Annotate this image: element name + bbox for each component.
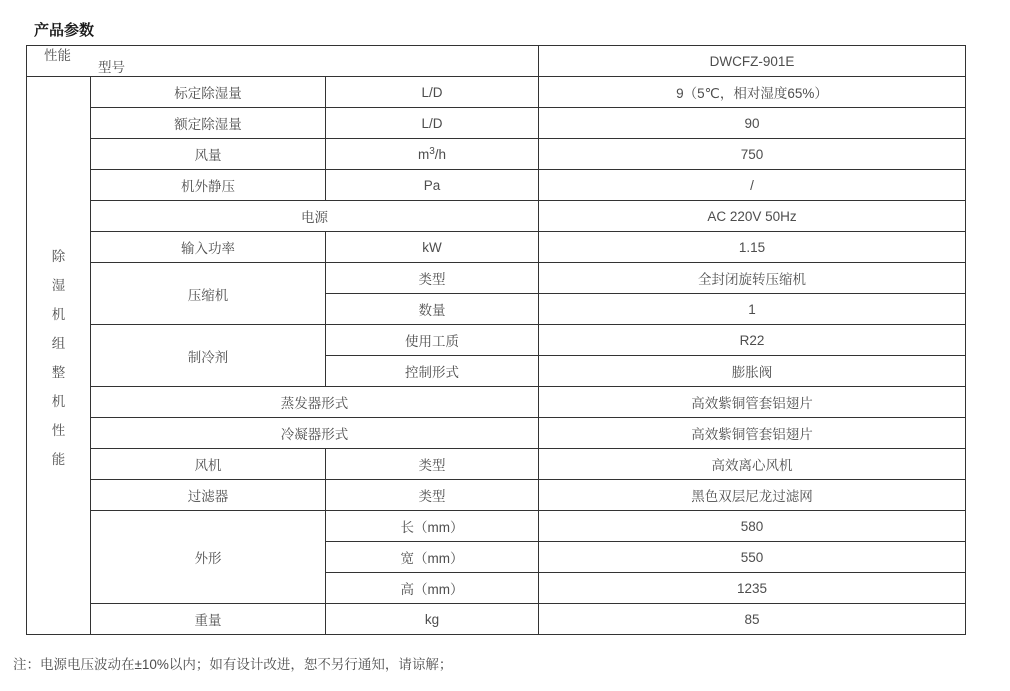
product-spec-table: 型号 性能 DWCFZ-901E 除湿机组整机性能 标定除湿量 L/D 9（5℃…	[26, 45, 966, 635]
param-label-cell: 标定除湿量	[91, 77, 326, 108]
table-row: 风量 m3/h 750	[27, 139, 966, 170]
value-cell: 580	[539, 511, 966, 542]
table-row: 额定除湿量 L/D 90	[27, 108, 966, 139]
table-row: 蒸发器形式 高效紫铜管套铝翅片	[27, 387, 966, 418]
value-cell: 高效离心风机	[539, 449, 966, 480]
unit-cell: L/D	[326, 77, 539, 108]
param-label-cell: 重量	[91, 604, 326, 635]
table-row: 外形 长（mm） 580	[27, 511, 966, 542]
unit-cell: 宽（mm）	[326, 542, 539, 573]
unit-cell: Pa	[326, 170, 539, 201]
table-row: 制冷剂 使用工质 R22	[27, 325, 966, 356]
performance-header-label: 性能	[44, 46, 71, 65]
param-label-cell: 机外静压	[91, 170, 326, 201]
unit-cell: 类型	[326, 449, 539, 480]
value-cell: 黑色双层尼龙过滤网	[539, 480, 966, 511]
unit-cell: kW	[326, 232, 539, 263]
unit-cell: 长（mm）	[326, 511, 539, 542]
param-label-cell: 风机	[91, 449, 326, 480]
unit-cell: L/D	[326, 108, 539, 139]
unit-cell: 使用工质	[326, 325, 539, 356]
value-cell: 9（5℃，相对湿度65%）	[539, 77, 966, 108]
value-cell: R22	[539, 325, 966, 356]
table-row: 过滤器 类型 黑色双层尼龙过滤网	[27, 480, 966, 511]
param-label-cell: 冷凝器形式	[91, 418, 539, 449]
value-cell: /	[539, 170, 966, 201]
unit-rest: /h	[435, 147, 446, 162]
table-row: 电源 AC 220V 50Hz	[27, 201, 966, 232]
value-cell: 750	[539, 139, 966, 170]
model-header-label: 型号	[98, 56, 125, 76]
value-cell: 膨胀阀	[539, 356, 966, 387]
group-label-cell: 制冷剂	[91, 325, 326, 387]
sidebar-vertical-label: 除湿机组整机性能	[52, 238, 66, 474]
value-cell: 1.15	[539, 232, 966, 263]
table-row: 压缩机 类型 全封闭旋转压缩机	[27, 263, 966, 294]
unit-cell: 控制形式	[326, 356, 539, 387]
unit-cell: kg	[326, 604, 539, 635]
value-cell: 1	[539, 294, 966, 325]
unit-cell: 类型	[326, 480, 539, 511]
header-corner-cell: 型号 性能	[27, 46, 539, 77]
group-label-cell: 外形	[91, 511, 326, 604]
sidebar-vertical-label-cell: 除湿机组整机性能	[27, 77, 91, 635]
param-label-cell: 风量	[91, 139, 326, 170]
header-row: 型号 性能 DWCFZ-901E	[27, 46, 966, 77]
model-value-cell: DWCFZ-901E	[539, 46, 966, 77]
value-cell: 全封闭旋转压缩机	[539, 263, 966, 294]
value-cell: 90	[539, 108, 966, 139]
param-label-cell: 电源	[91, 201, 539, 232]
value-cell: 1235	[539, 573, 966, 604]
table-row: 重量 kg 85	[27, 604, 966, 635]
unit-cell: 数量	[326, 294, 539, 325]
table-row: 除湿机组整机性能 标定除湿量 L/D 9（5℃，相对湿度65%）	[27, 77, 966, 108]
value-cell: 高效紫铜管套铝翅片	[539, 418, 966, 449]
unit-cell: m3/h	[326, 139, 539, 170]
table-row: 风机 类型 高效离心风机	[27, 449, 966, 480]
footnote-text: 注：电源电压波动在±10%以内；如有设计改进，恕不另行通知，请谅解；	[13, 653, 452, 673]
page-title: 产品参数	[34, 19, 94, 40]
table-row: 机外静压 Pa /	[27, 170, 966, 201]
value-cell: 高效紫铜管套铝翅片	[539, 387, 966, 418]
param-label-cell: 额定除湿量	[91, 108, 326, 139]
value-cell: 550	[539, 542, 966, 573]
unit-base: m	[418, 147, 429, 162]
value-cell: AC 220V 50Hz	[539, 201, 966, 232]
table-row: 冷凝器形式 高效紫铜管套铝翅片	[27, 418, 966, 449]
unit-cell: 类型	[326, 263, 539, 294]
unit-cell: 高（mm）	[326, 573, 539, 604]
table-row: 输入功率 kW 1.15	[27, 232, 966, 263]
param-label-cell: 过滤器	[91, 480, 326, 511]
param-label-cell: 输入功率	[91, 232, 326, 263]
param-label-cell: 蒸发器形式	[91, 387, 539, 418]
value-cell: 85	[539, 604, 966, 635]
group-label-cell: 压缩机	[91, 263, 326, 325]
